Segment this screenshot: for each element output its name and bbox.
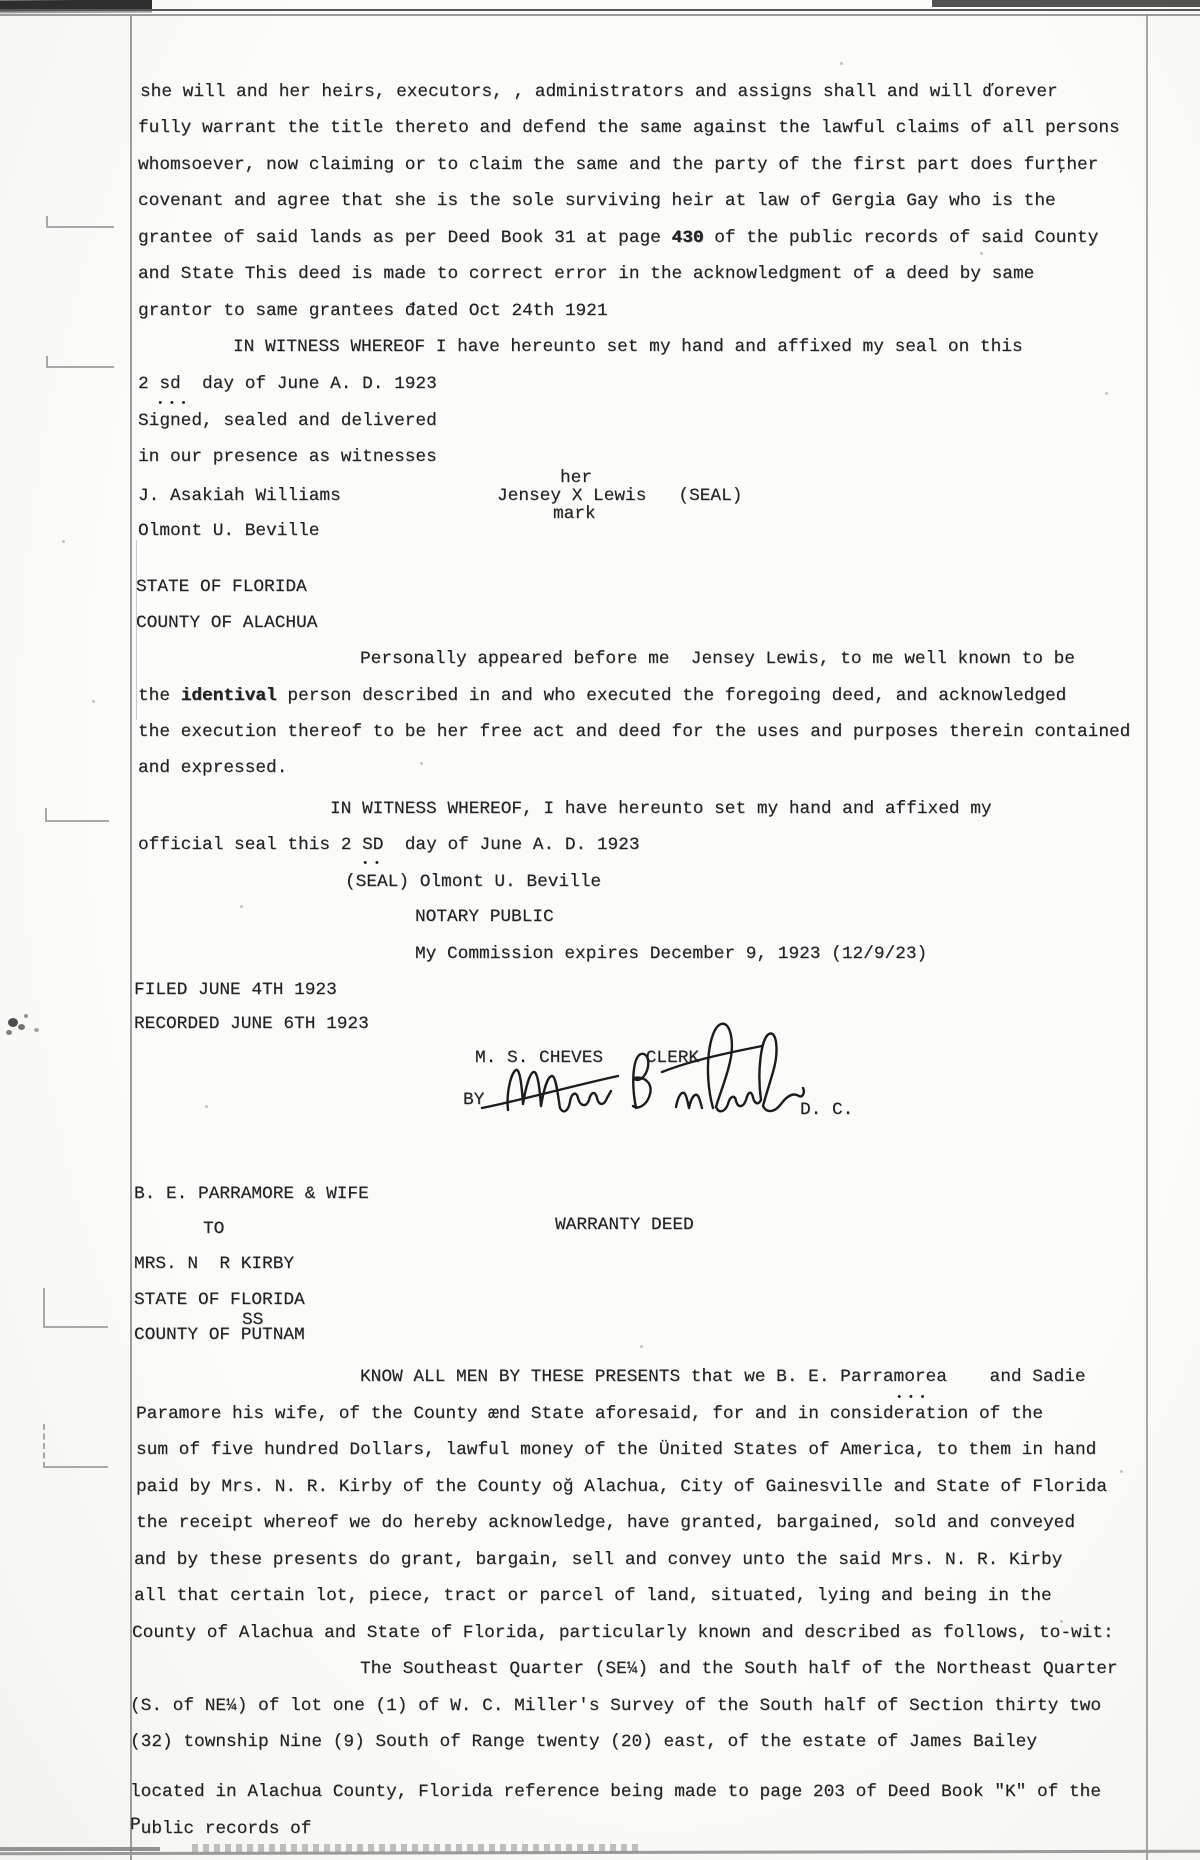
acknowledgment-line: Personally appeared before me Jensey Lew… — [360, 649, 1075, 669]
deed-line: Paramore his wife, of the County ænd Sta… — [136, 1404, 1043, 1424]
margin-pencil-bracket — [43, 1424, 108, 1468]
right-margin-rule — [1146, 14, 1148, 1860]
scan-speck — [240, 905, 243, 908]
notary-title: NOTARY PUBLIC — [415, 907, 554, 927]
county-heading: COUNTY OF ALACHUA — [136, 613, 317, 633]
state-heading: STATE OF FLORIDA — [134, 1290, 305, 1310]
county-heading: COUNTY OF PUTNAM — [134, 1325, 305, 1345]
margin-pencil-bracket — [43, 1288, 108, 1328]
scan-speck — [420, 762, 423, 765]
acknowledgment-line: and expressed. — [138, 758, 287, 778]
attestation-line: in our presence as witnesses — [138, 447, 437, 467]
deed-line-part: of the public records of said County — [704, 228, 1099, 248]
bottom-smudge — [192, 1844, 642, 1852]
margin-pencil-mark — [45, 808, 109, 822]
filed-stamp: FILED JUNE 4TH 1923 — [134, 980, 337, 1000]
scan-speck — [840, 62, 843, 65]
attestation-line: Signed, sealed and delivered — [138, 411, 437, 431]
deed-line: grantor to same grantees đated Oct 24th … — [138, 301, 608, 321]
deed-line: all that certain lot, piece, tract or pa… — [134, 1586, 1052, 1606]
instrument-title: WARRANTY DEED — [555, 1215, 694, 1235]
date-line: 2 sd day of June A. D. 1923 — [138, 374, 437, 394]
caption-to: TO — [203, 1219, 224, 1239]
deed-line: and by these presents do grant, bargain,… — [134, 1550, 1062, 1570]
recorded-stamp: RECORDED JUNE 6TH 1923 — [134, 1014, 369, 1034]
legal-description-line: located in Alachua County, Florida refer… — [130, 1782, 1101, 1802]
caption-party-grantor: B. E. PARRAMORE & WIFE — [134, 1184, 369, 1204]
scan-speck — [62, 540, 65, 543]
notary-seal-line: (SEAL) Olmont U. Beville — [345, 872, 601, 892]
deed-line: she will and her heirs, executors, , adm… — [140, 82, 1058, 102]
legal-description-line: The Southeast Quarter (SE¼) and the Sout… — [360, 1659, 1118, 1679]
deed-line: County of Alachua and State of Florida, … — [132, 1623, 1114, 1643]
clerk-signature — [450, 1000, 830, 1125]
deed-line: and State This deed is made to correct e… — [138, 264, 1034, 284]
margin-pencil-mark — [46, 356, 114, 368]
line-part: ublic records of — [141, 1819, 312, 1839]
deed-line: whomsoever, now claiming or to claim the… — [138, 155, 1098, 175]
notary-testimonium-line: IN WITNESS WHEREOF, I have hereunto set … — [330, 799, 992, 819]
deed-line: the receipt whereof we do hereby acknowl… — [136, 1513, 1075, 1533]
left-margin-rule — [130, 16, 132, 1860]
ack-line-part: the — [138, 686, 181, 706]
notary-date-line: official seal this 2 SD day of June A. D… — [138, 835, 640, 855]
scan-speck — [980, 252, 983, 255]
state-heading: STATE OF FLORIDA — [136, 577, 307, 597]
scan-top-edge-right — [932, 0, 1200, 7]
deed-line: paid by Mrs. N. R. Kirby of the County o… — [136, 1477, 1107, 1497]
legal-description-line: (32) township Nine (9) South of Range tw… — [130, 1732, 1037, 1752]
correction-dots: ••• — [896, 1392, 931, 1404]
legal-description-line: (S. of NE¼) of lot one (1) of W. C. Mill… — [130, 1696, 1101, 1716]
scan-speck — [92, 700, 95, 703]
testimonium-line: IN WITNESS WHEREOF I have hereunto set m… — [233, 337, 1023, 357]
witness-name: Olmont U. Beville — [138, 521, 319, 541]
caption-party-grantee: MRS. N R KIRBY — [134, 1254, 294, 1274]
her-label: her — [560, 468, 592, 488]
correction-dots: •• — [362, 858, 385, 870]
margin-pencil-mark — [46, 216, 114, 228]
deed-line: KNOW ALL MEN BY THESE PRESENTS that we B… — [360, 1367, 1086, 1387]
deed-line: fully warrant the title thereto and defe… — [138, 118, 1120, 138]
deed-line-part: grantee of said lands as per Deed Book 3… — [138, 228, 672, 248]
scan-speck — [640, 1345, 643, 1348]
grantor-signature-line: Jensey X Lewis (SEAL) — [497, 486, 742, 506]
deed-line: grantee of said lands as per Deed Book 3… — [138, 228, 1098, 248]
deed-record-page: she will and her heirs, executors, , adm… — [0, 0, 1200, 1860]
margin-ink-smudge — [4, 1006, 64, 1052]
deed-line: sum of five hundred Dollars, lawful mone… — [136, 1440, 1096, 1460]
deed-line: covenant and agree that she is the sole … — [138, 191, 1056, 211]
overstruck-word: identival — [181, 686, 277, 706]
scan-speck — [1120, 1470, 1123, 1473]
bottom-rule-dark-segment — [0, 1847, 160, 1851]
top-rule-upper — [0, 9, 1200, 11]
commission-line: My Commission expires December 9, 1923 (… — [415, 944, 927, 964]
scan-speck — [1105, 392, 1108, 395]
legal-description-line: Public records of — [130, 1819, 311, 1839]
mark-label: mark — [553, 504, 596, 524]
overstruck-page-number: 430 — [672, 228, 704, 248]
top-rule-lower — [0, 14, 1200, 16]
acknowledgment-line: the execution thereof to be her free act… — [138, 722, 1130, 742]
scan-speck — [205, 1105, 208, 1108]
witness-name: J. Asakiah Williams — [138, 486, 341, 506]
correction-dots: ••• — [157, 398, 192, 410]
ack-line-part: person described in and who executed the… — [277, 686, 1067, 706]
acknowledgment-line: the identival person described in and wh… — [138, 686, 1066, 706]
raised-letter: P — [130, 1815, 141, 1835]
